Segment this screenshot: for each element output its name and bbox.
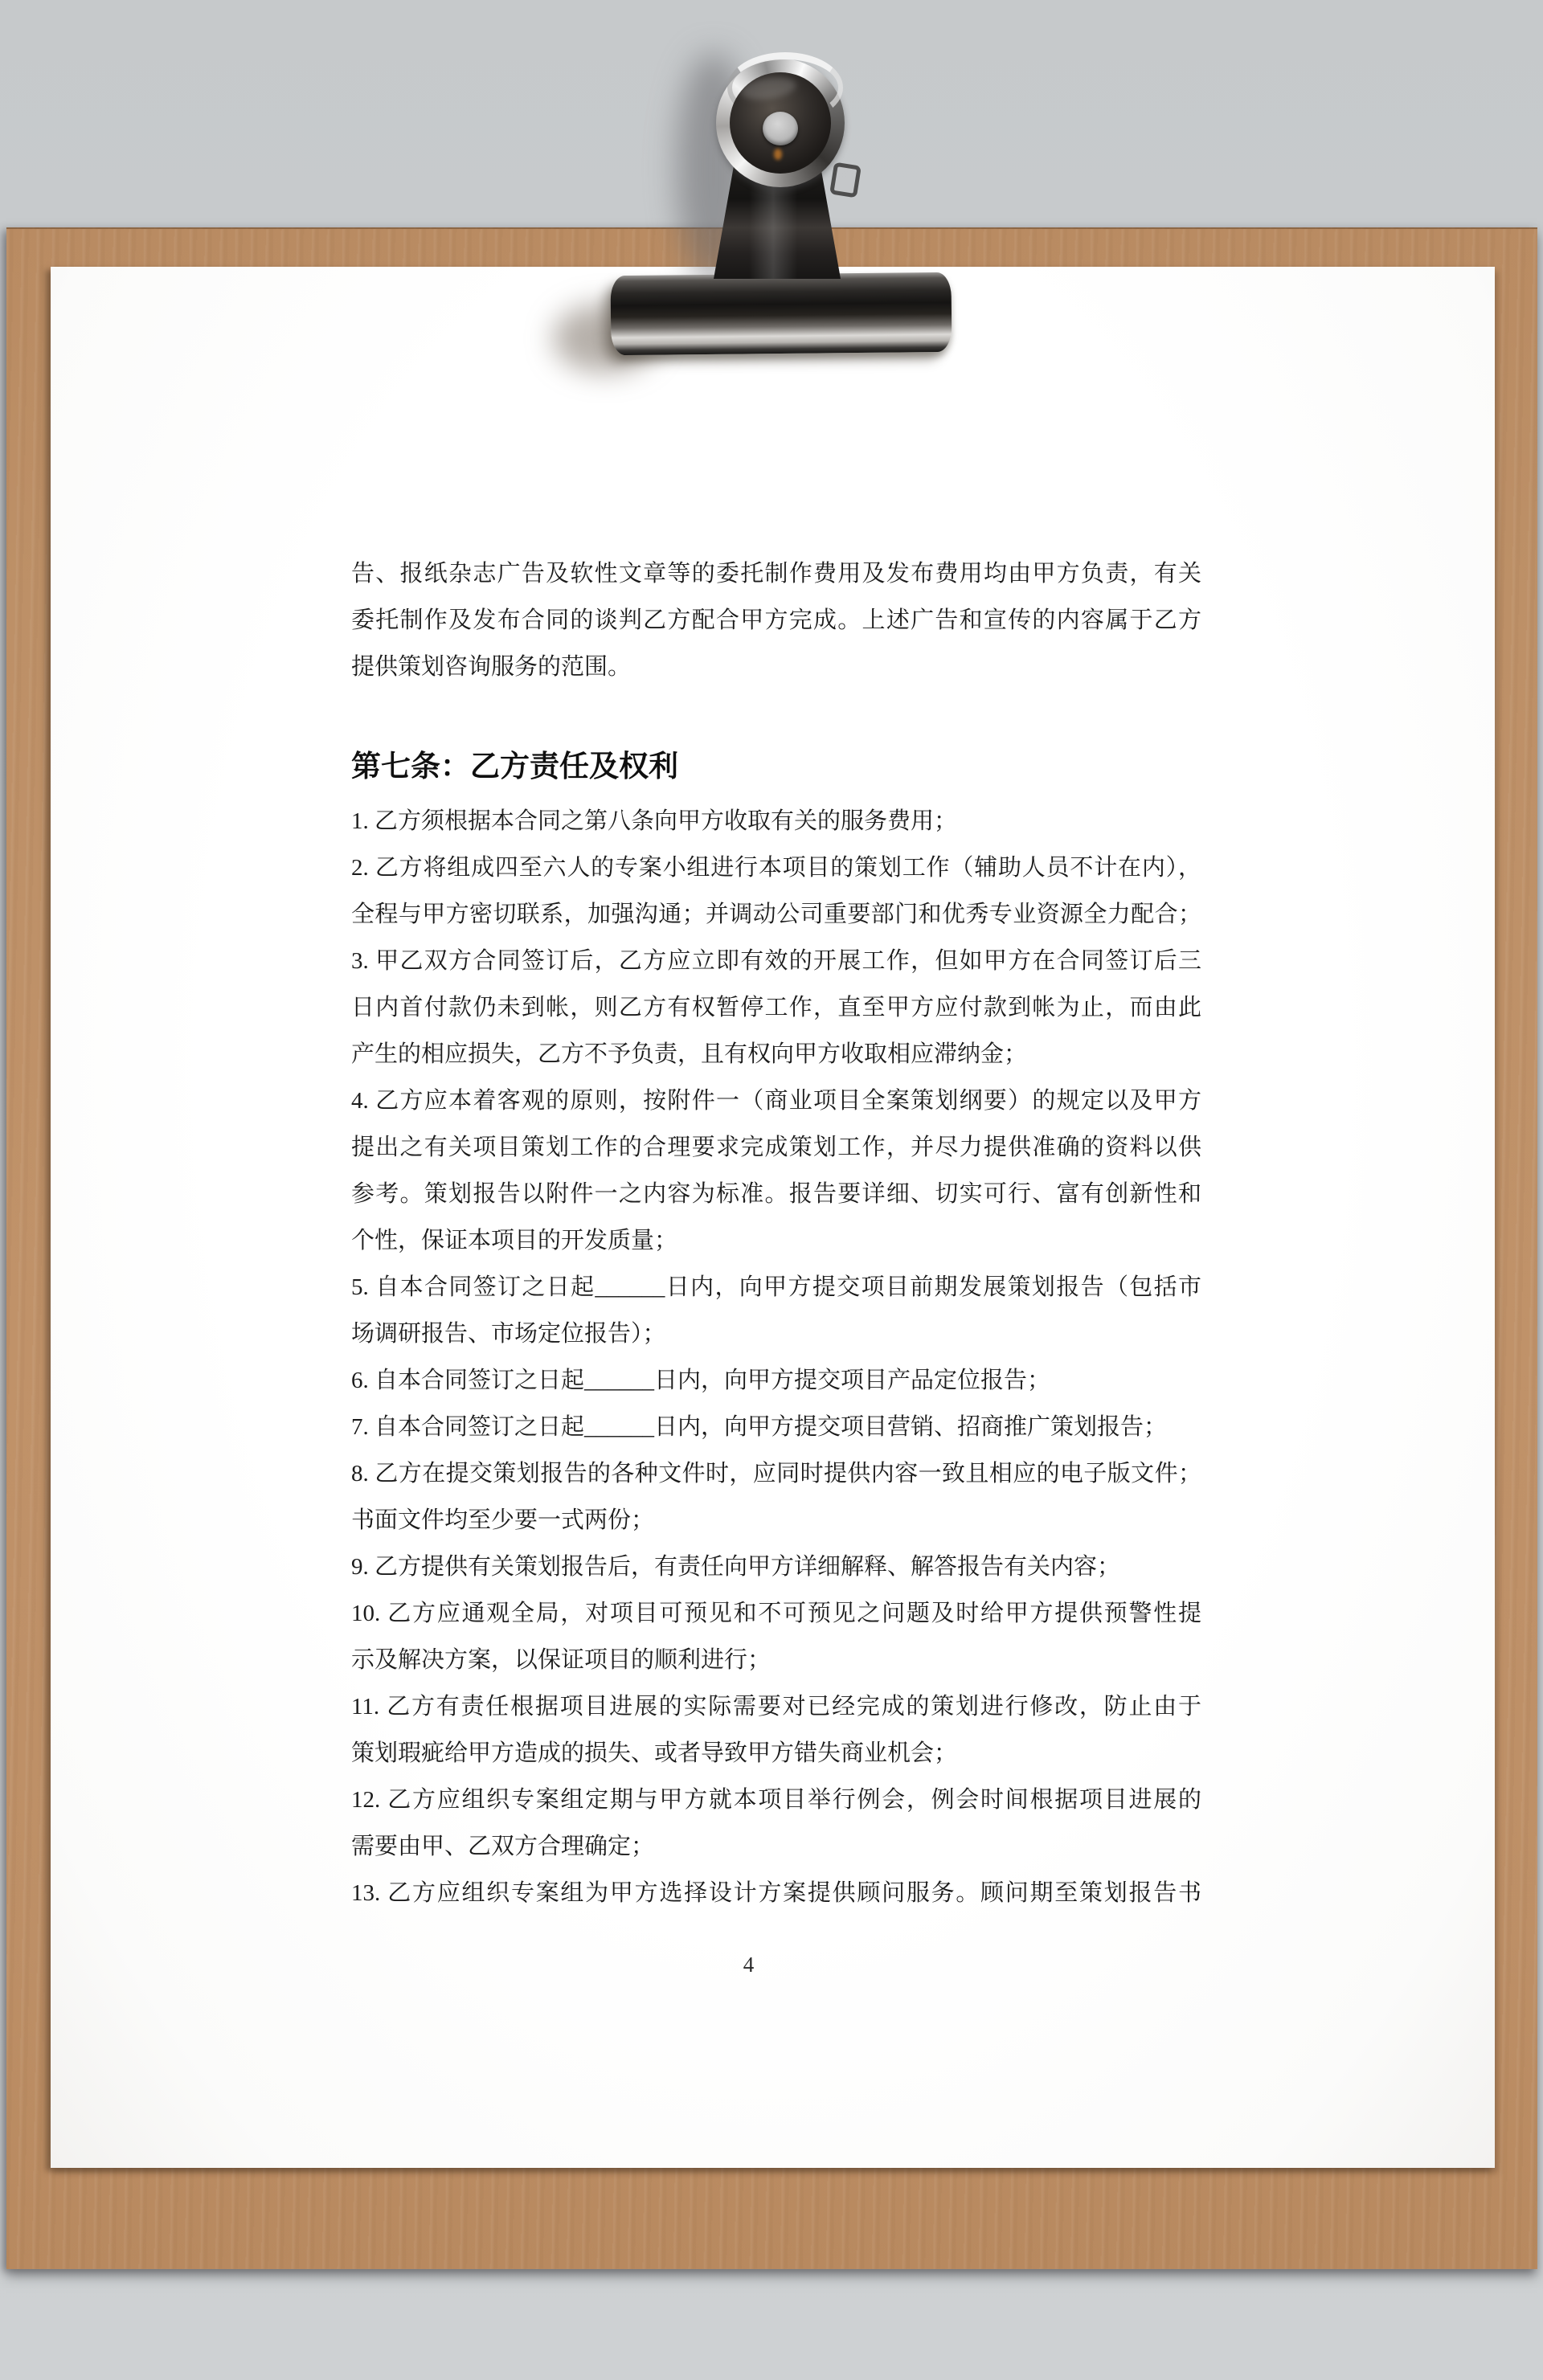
text-line: 告、报纸杂志广告及软性文章等的委托制作费用及发布费用均由甲方负责，有关 <box>351 550 1201 597</box>
text-line: 2. 乙方将组成四至六人的专案小组进行本项目的策划工作（辅助人员不计在内）， <box>351 844 1201 891</box>
text-line: 4. 乙方应本着客观的原则，按附件一（商业项目全案策划纲要）的规定以及甲方 <box>351 1078 1201 1124</box>
text-line: 产生的相应损失，乙方不予负责，且有权向甲方收取相应滞纳金； <box>351 1031 1201 1078</box>
text-line: 7. 自本合同签订之日起______日内，向甲方提交项目营销、招商推广策划报告； <box>351 1404 1201 1450</box>
text-line: 3. 甲乙双方合同签订后，乙方应立即有效的开展工作，但如甲方在合同签订后三 <box>351 938 1201 984</box>
text-line: 11. 乙方有责任根据项目进展的实际需要对已经完成的策划进行修改，防止由于 <box>351 1683 1201 1730</box>
text-line: 9. 乙方提供有关策划报告后，有责任向甲方详细解释、解答报告有关内容； <box>351 1544 1201 1590</box>
text-line: 提供策划咨询服务的范围。 <box>351 644 1201 690</box>
text-line: 6. 自本合同签订之日起______日内，向甲方提交项目产品定位报告； <box>351 1357 1201 1404</box>
text-line: 书面文件均至少要一式两份； <box>351 1497 1201 1544</box>
text-line: 8. 乙方在提交策划报告的各种文件时，应同时提供内容一致且相应的电子版文件； <box>351 1450 1201 1497</box>
text-line: 提出之有关项目策划工作的合理要求完成策划工作，并尽力提供准确的资料以供 <box>351 1124 1201 1171</box>
text-line: 1. 乙方须根据本合同之第八条向甲方收取有关的服务费用； <box>351 798 1201 844</box>
text-line: 10. 乙方应通观全局，对项目可预见和不可预见之问题及时给甲方提供预警性提 <box>351 1590 1201 1637</box>
section-heading: 第七条：乙方责任及权利 <box>351 740 1201 793</box>
text-line: 场调研报告、市场定位报告）； <box>351 1311 1201 1357</box>
text-line: 委托制作及发布合同的谈判乙方配合甲方完成。上述广告和宣传的内容属于乙方 <box>351 597 1201 644</box>
text-line: 需要由甲、乙双方合理确定； <box>351 1823 1201 1870</box>
text-line: 5. 自本合同签订之日起______日内，向甲方提交项目前期发展策划报告（包括市 <box>351 1264 1201 1311</box>
contract-page: 告、报纸杂志广告及软性文章等的委托制作费用及发布费用均由甲方负责，有关委托制作及… <box>51 267 1495 2168</box>
text-line: 示及解决方案，以保证项目的顺利进行； <box>351 1637 1201 1683</box>
text-line: 全程与甲方密切联系，加强沟通；并调动公司重要部门和优秀专业资源全力配合； <box>351 891 1201 938</box>
text-line: 日内首付款仍未到帐，则乙方有权暂停工作，直至甲方应付款到帐为止，而由此 <box>351 984 1201 1031</box>
clip-reflection-dot <box>774 149 782 160</box>
clip-lever-loop <box>829 162 862 198</box>
text-line: 策划瑕疵给甲方造成的损失、或者导致甲方错失商业机会； <box>351 1730 1201 1777</box>
text-line: 个性，保证本项目的开发质量； <box>351 1217 1201 1264</box>
text-line: 参考。策划报告以附件一之内容为标准。报告要详细、切实可行、富有创新性和 <box>351 1171 1201 1217</box>
page-number: 4 <box>51 1953 1447 1986</box>
clip-spring-coil <box>716 59 845 187</box>
clip-coil-hole <box>763 112 798 145</box>
text-line: 13. 乙方应组织专案组为甲方选择设计方案提供顾问服务。顾问期至策划报告书 <box>351 1870 1201 1916</box>
contract-text: 告、报纸杂志广告及软性文章等的委托制作费用及发布费用均由甲方负责，有关委托制作及… <box>351 550 1201 1916</box>
clip-jaw-bar <box>610 272 952 355</box>
text-line: 12. 乙方应组织专案组定期与甲方就本项目举行例会，例会时间根据项目进展的 <box>351 1777 1201 1823</box>
